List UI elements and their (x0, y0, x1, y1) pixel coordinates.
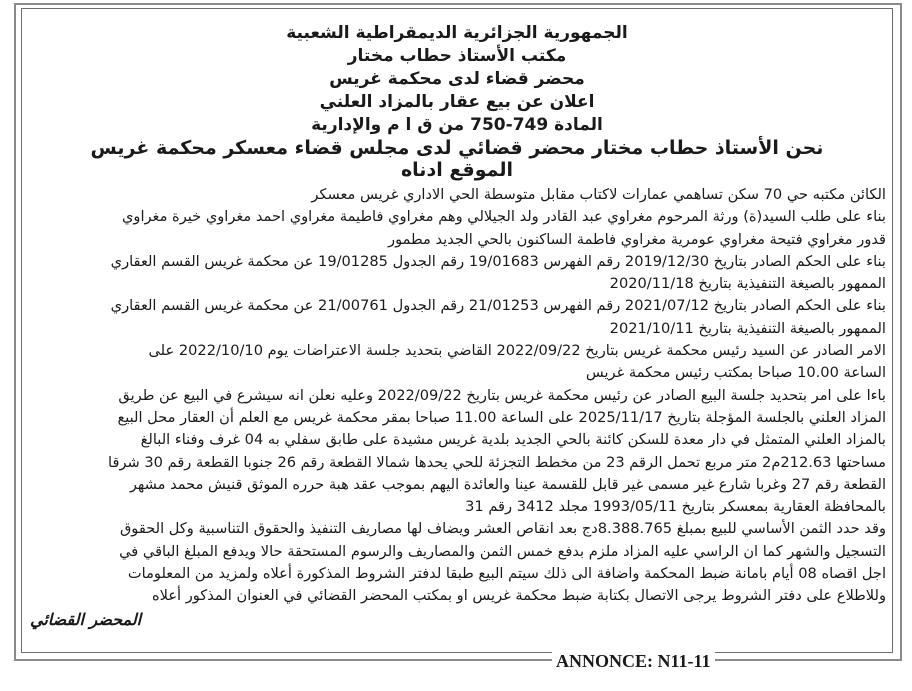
body-line: الممهور بالصيغة التنفيذية بتاريخ 2020/11… (28, 273, 886, 295)
body-line: بناء على الحكم الصادر بتاريخ 2021/07/12 … (28, 295, 886, 317)
annonce-number: ANNONCE: N11-11 (552, 651, 715, 672)
legal-notice: الجمهورية الجزائرية الديمقراطية الشعبية … (28, 22, 886, 629)
body-line: بناء على الحكم الصادر بتاريخ 2019/12/30 … (28, 251, 886, 273)
body-line: وقد حدد الثمن الأساسي للبيع بمبلغ 8.388.… (28, 518, 886, 540)
body-line: المزاد العلني بالجلسة المؤجلة بتاريخ 202… (28, 407, 886, 429)
body-line: الكائن مكتبه حي 70 سكن تساهمي عمارات لاك… (28, 184, 886, 206)
body-line: بناء على طلب السيد(ة) ورثة المرحوم مغراو… (28, 206, 886, 228)
notice-body: الكائن مكتبه حي 70 سكن تساهمي عمارات لاك… (28, 184, 886, 608)
notice-title: اعلان عن بيع عقار بالمزاد العلني (28, 91, 886, 114)
body-line: قدور مغراوي فتيحة مغراوي عومرية مغراوي ف… (28, 229, 886, 251)
body-line: مساحتها 212.63م2 متر مربع تحمل الرقم 23 … (28, 452, 886, 474)
republic-title: الجمهورية الجزائرية الديمقراطية الشعبية (28, 22, 886, 45)
intro-undersigned: الموقع ادناه (28, 159, 886, 181)
body-line: اجل اقصاه 08 أيام بامانة ضبط المحكمة واض… (28, 563, 886, 585)
body-line: وللاطلاع على دفتر الشروط يرجى الاتصال بك… (28, 585, 886, 607)
body-line: الامر الصادر عن السيد رئيس محكمة غريس بت… (28, 340, 886, 362)
body-line: باءا على امر بتحديد جلسة البيع الصادر عن… (28, 385, 886, 407)
body-line: القطعة رقم 27 وغربا شارع غير مسمى غير قا… (28, 474, 886, 496)
body-line: بالمحافظة العقارية بمعسكر بتاريخ 1993/05… (28, 496, 886, 518)
body-line: الساعة 10.00 صباحا بمكتب رئيس محكمة غريس (28, 362, 886, 384)
body-line: بالمزاد العلني المتمثل في دار معدة للسكن… (28, 429, 886, 451)
legal-article: المادة 749-750 من ق ا م والإدارية (28, 114, 886, 137)
bailiff-court: محضر قضاء لدى محكمة غريس (28, 68, 886, 91)
intro-line: نحن الأستاذ حطاب مختار محضر قضائي لدى مج… (28, 137, 886, 159)
body-line: الممهور بالصيغة التنفيذية بتاريخ 2021/10… (28, 318, 886, 340)
body-line: التسجيل والشهر كما ان الراسي عليه المزاد… (28, 541, 886, 563)
bailiff-signature: المحضر القضائي (28, 610, 886, 629)
office-name: مكتب الأستاذ حطاب مختار (28, 45, 886, 68)
